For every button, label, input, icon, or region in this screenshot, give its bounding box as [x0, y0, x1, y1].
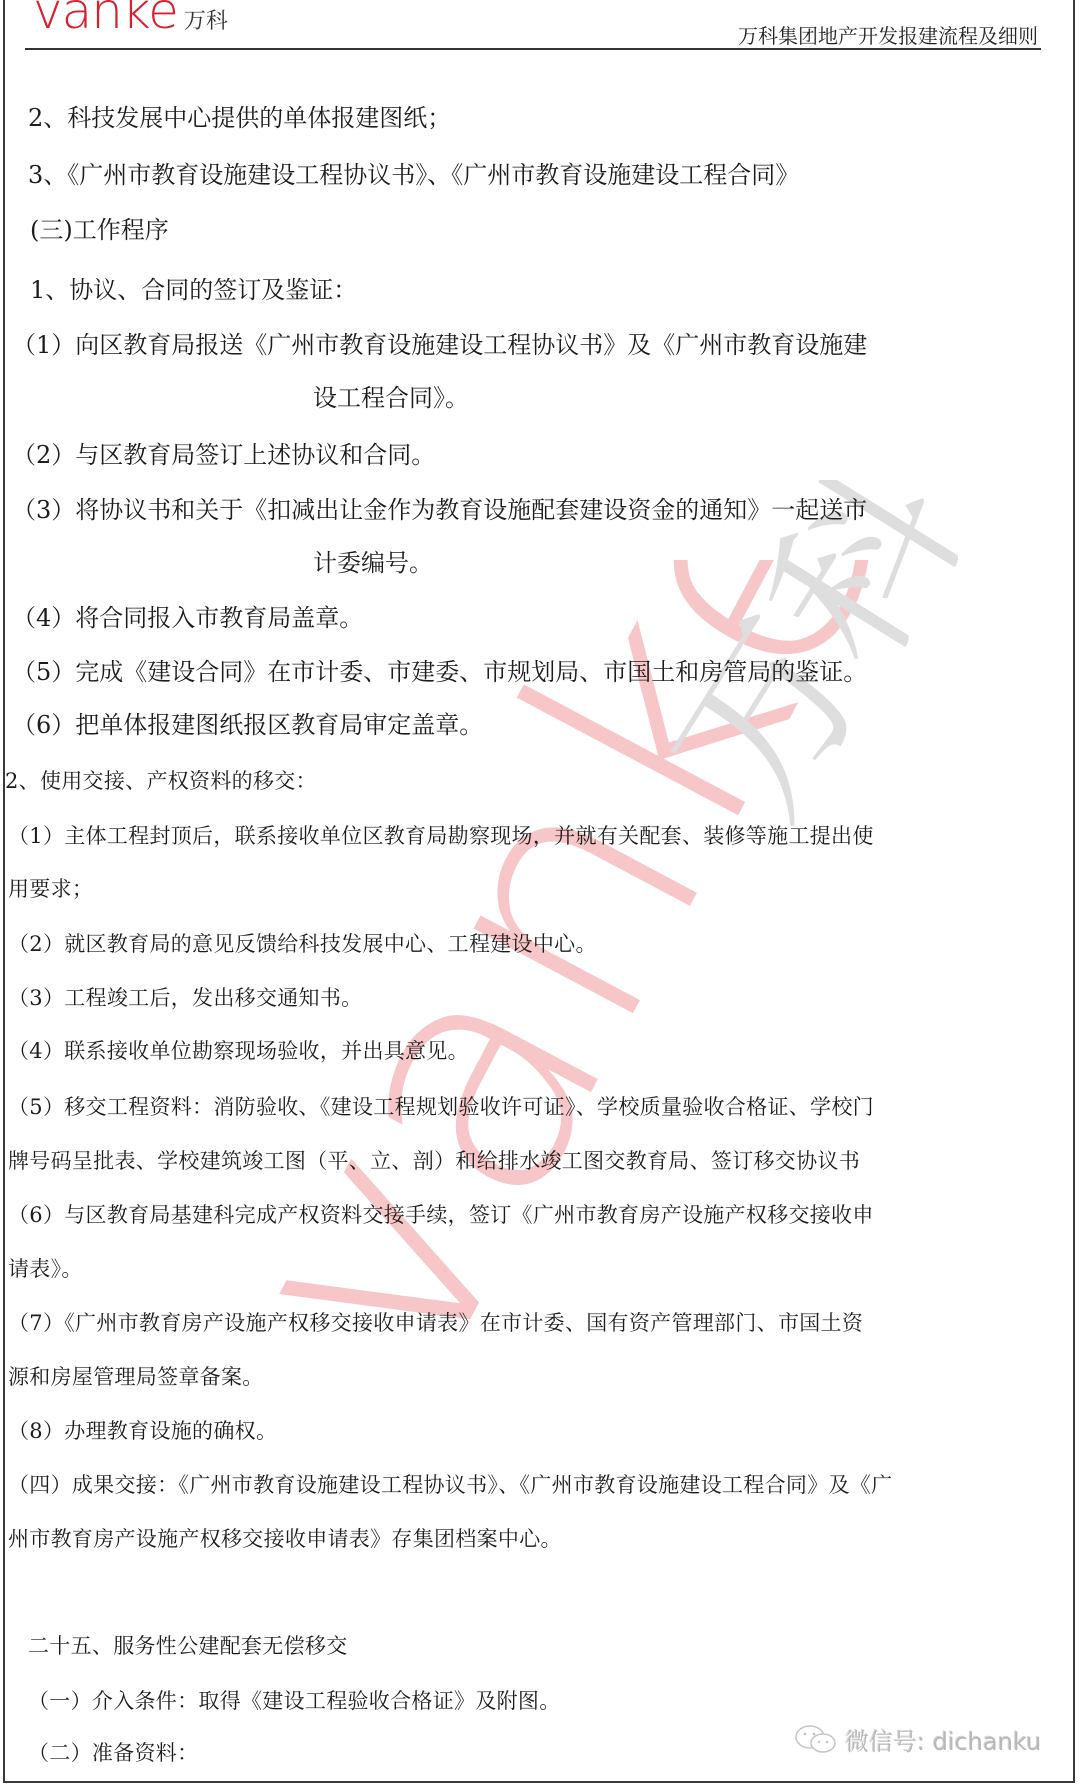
- document-line: （1）向区教育局报送《广州市教育设施建设工程协议书》及《广州市教育设施建: [12, 330, 867, 360]
- header-divider: [25, 48, 1041, 50]
- document-line: （5）移交工程资料：消防验收、《建设工程规划验收许可证》、学校质量验收合格证、学…: [8, 1092, 874, 1122]
- document-line: （一）介入条件：取得《建设工程验收合格证》及附图。: [28, 1686, 561, 1716]
- document-line: （4）将合同报入市教育局盖章。: [12, 603, 363, 633]
- document-line: （3）将协议书和关于《扣减出让金作为教育设施配套建设资金的通知》一起送市: [12, 495, 867, 525]
- document-line: （二）准备资料：: [28, 1738, 198, 1768]
- document-line: （5）完成《建设合同》在市计委、市建委、市规划局、市国土和房管局的鉴证。: [12, 657, 867, 687]
- document-line: （3）工程竣工后，发出移交通知书。: [8, 983, 362, 1013]
- document-line: 设工程合同》。: [313, 383, 469, 413]
- document-line: （7）《广州市教育房产设施产权移交接收申请表》在市计委、国有资产管理部门、市国土…: [8, 1308, 863, 1338]
- wechat-label: 微信号: dichanku: [845, 1722, 1041, 1757]
- document-line: （2）就区教育局的意见反馈给科技发展中心、工程建设中心。: [8, 929, 597, 959]
- document-line: 2、使用交接、产权资料的移交：: [5, 766, 317, 796]
- document-line: 3、《广州市教育设施建设工程协议书》、《广州市教育设施建设工程合同》: [28, 160, 799, 190]
- wechat-watermark: 微信号: dichanku: [793, 1722, 1041, 1757]
- document-line: （6）把单体报建图纸报区教育局审定盖章。: [12, 710, 483, 740]
- document-line: 州市教育房产设施产权移交接收申请表》存集团档案中心。: [8, 1524, 562, 1554]
- document-line: 1、协议、合同的签订及鉴证：: [30, 275, 357, 305]
- document-line: （四）成果交接：《广州市教育设施建设工程协议书》、《广州市教育设施建设工程合同》…: [8, 1470, 892, 1500]
- document-line: （2）与区教育局签订上述协议和合同。: [12, 440, 435, 470]
- page-frame: [3, 0, 1075, 1783]
- document-line: （8）办理教育设施的确权。: [8, 1416, 277, 1446]
- vanke-logo: vanke 万科: [33, 0, 228, 36]
- document-line: (三)工作程序: [30, 215, 169, 245]
- document-line: 计委编号。: [313, 548, 433, 578]
- document-title: 万科集团地产开发报建流程及细则: [738, 20, 1038, 49]
- document-line: 用要求；: [8, 874, 93, 904]
- document-line: （1）主体工程封顶后，联系接收单位区教育局勘察现场，并就有关配套、装修等施工提出…: [8, 821, 874, 851]
- document-line: （6）与区教育局基建科完成产权资料交接手续，签订《广州市教育房产设施产权移交接收…: [8, 1200, 874, 1230]
- wechat-icon: [793, 1723, 841, 1757]
- document-line: 2、科技发展中心提供的单体报建图纸；: [28, 103, 451, 133]
- document-line: （4）联系接收单位勘察现场验收，并出具意见。: [8, 1036, 469, 1066]
- document-line: 二十五、服务性公建配套无偿移交: [28, 1631, 348, 1661]
- document-line: 源和房屋管理局签章备案。: [8, 1362, 264, 1392]
- logo-cjk: 万科: [184, 4, 228, 35]
- document-line: 请表》。: [8, 1254, 83, 1284]
- document-line: 牌号码呈批表、学校建筑竣工图（平、立、剖）和给排水竣工图交教育局、签订移交协议书: [8, 1146, 860, 1176]
- logo-latin: vanke: [33, 0, 178, 36]
